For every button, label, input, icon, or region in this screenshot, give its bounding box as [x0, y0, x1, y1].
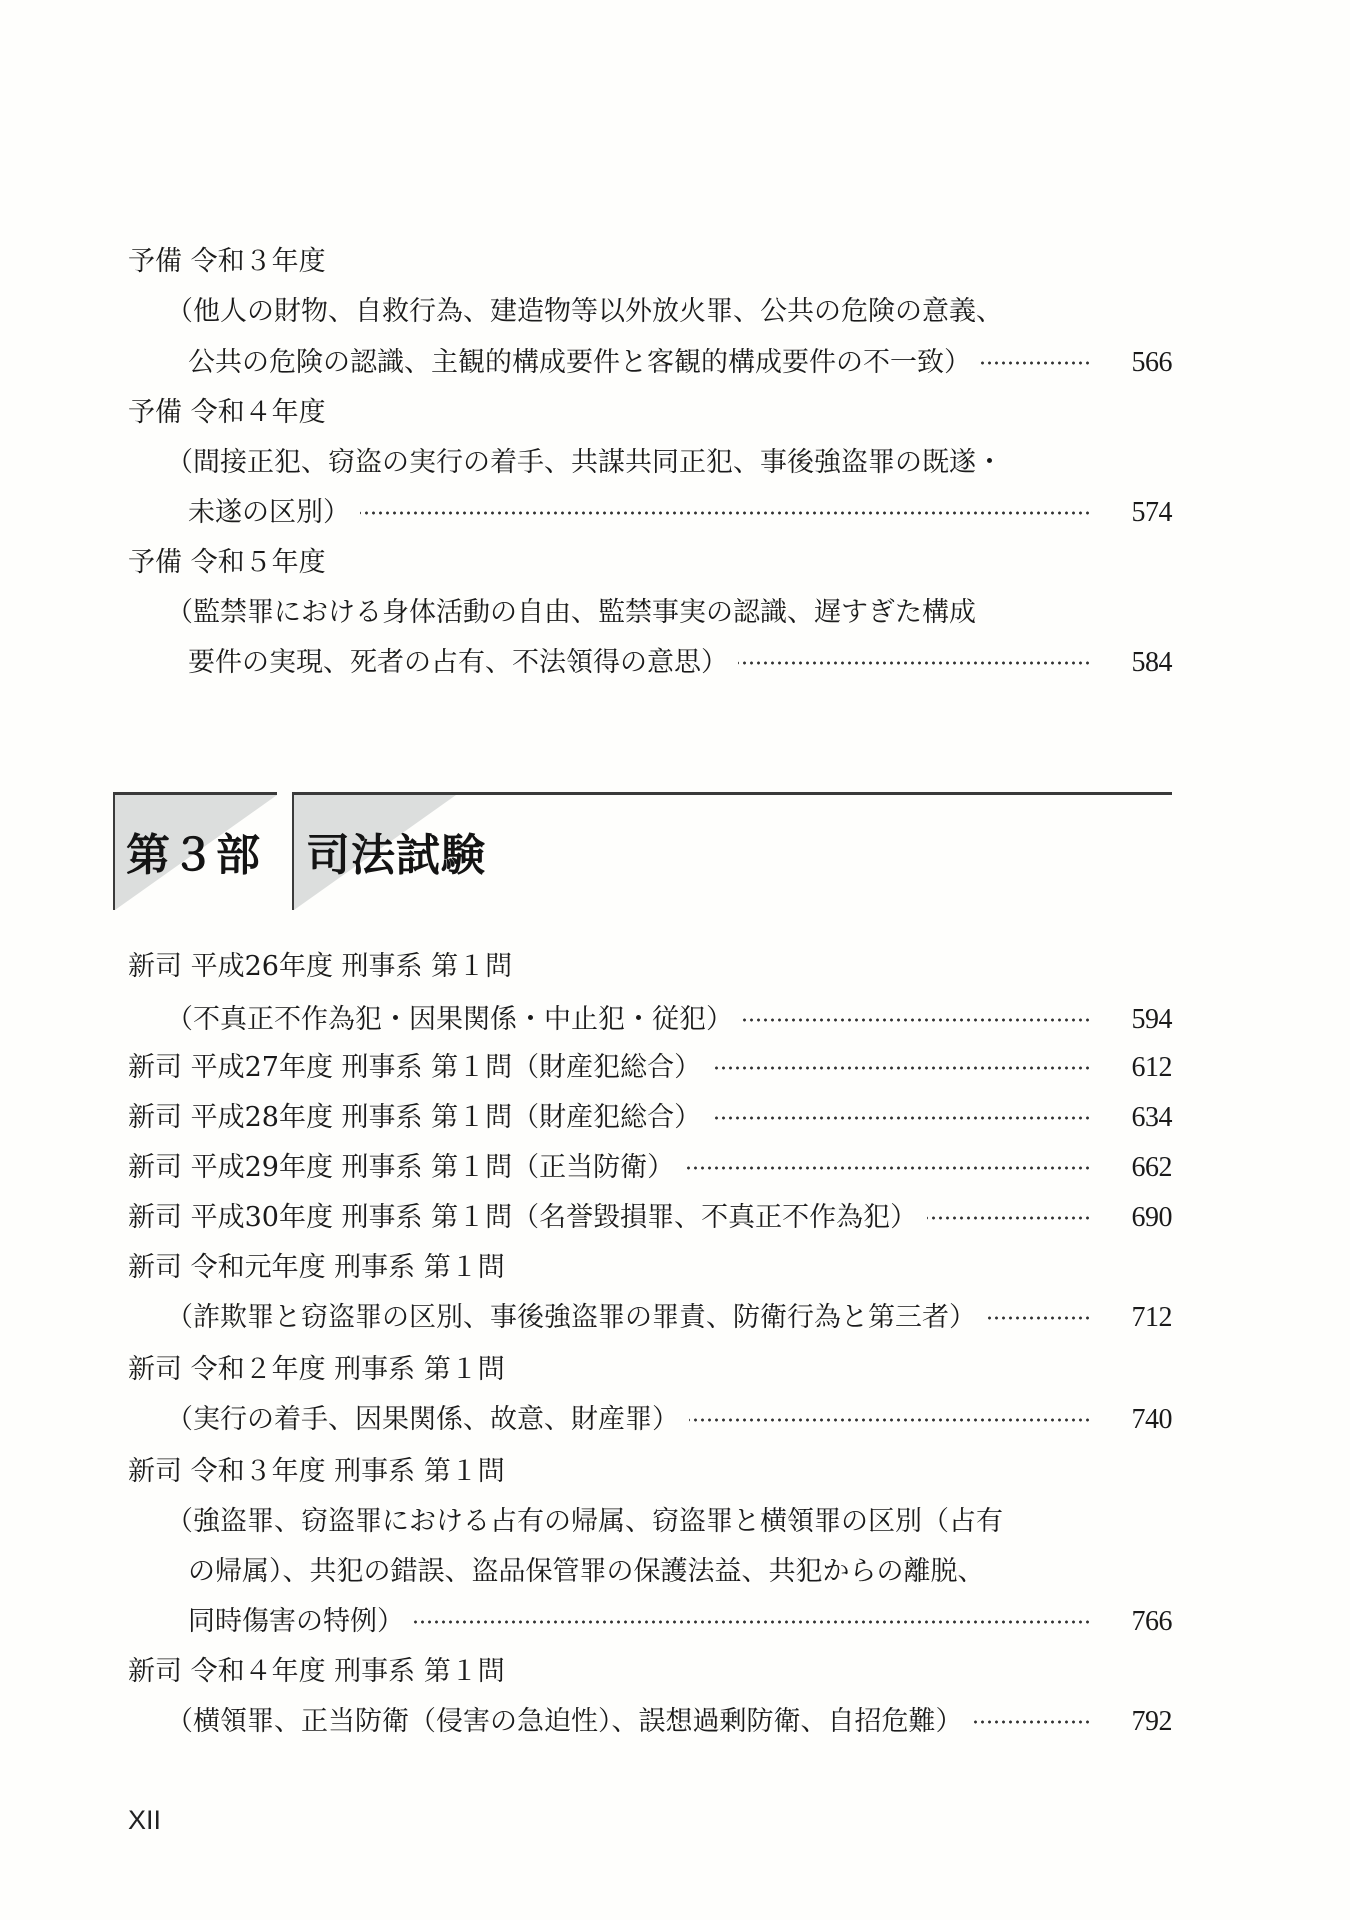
dot-leader [733, 1000, 1107, 1040]
entry-title: 新司 平成28年度 刑事系 第１問（財産犯総合） [128, 1098, 701, 1138]
toc-entry-single[interactable]: 新司 平成27年度 刑事系 第１問（財産犯総合） 612 [0, 1048, 1350, 1088]
entry-title: 新司 平成29年度 刑事系 第１問（正当防衛） [128, 1148, 674, 1188]
page-number[interactable]: 792 [1132, 1702, 1173, 1742]
entry-topics-line: （他人の財物、自救行為、建造物等以外放火罪、公共の危険の意義、 [166, 292, 1003, 332]
toc-entry-topics-last[interactable]: 同時傷害の特例） 766 [0, 1602, 1350, 1642]
toc-entry-topics-last[interactable]: （不真正不作為犯・因果関係・中止犯・従犯） 594 [0, 1000, 1350, 1040]
dot-leader [701, 1048, 1107, 1088]
toc-entry-title[interactable]: 新司 令和４年度 刑事系 第１問 [0, 1652, 1350, 1692]
entry-topics-line: 公共の危険の認識、主観的構成要件と客観的構成要件の不一致） [188, 343, 971, 383]
toc-entry-topics-last[interactable]: 公共の危険の認識、主観的構成要件と客観的構成要件の不一致） 566 [0, 343, 1350, 383]
toc-entry-title[interactable]: 新司 令和３年度 刑事系 第１問 [0, 1452, 1350, 1492]
entry-title: 新司 平成30年度 刑事系 第１問（名誉毀損罪、不真正不作為犯） [128, 1198, 917, 1238]
page-number[interactable]: 690 [1132, 1198, 1173, 1238]
toc-entry-title[interactable]: 新司 令和元年度 刑事系 第１問 [0, 1248, 1350, 1288]
toc-entry-topics: （強盗罪、窃盗罪における占有の帰属、窃盗罪と横領罪の区別（占有 [0, 1502, 1350, 1542]
entry-topics-line: （詐欺罪と窃盗罪の区別、事後強盗罪の罪責、防衛行為と第三者） [166, 1298, 976, 1338]
toc-entry-topics-last[interactable]: （実行の着手、因果関係、故意、財産罪） 740 [0, 1400, 1350, 1440]
toc-entry-title[interactable]: 予備 令和４年度 [0, 393, 1350, 433]
toc-entry-topics-last[interactable]: 要件の実現、死者の占有、不法領得の意思） 584 [0, 643, 1350, 683]
page-number[interactable]: 612 [1132, 1048, 1173, 1088]
entry-topics-line: （監禁罪における身体活動の自由、監禁事実の認識、遅すぎた構成 [166, 593, 976, 633]
entry-topics-line: の帰属）、共犯の錯誤、盗品保管罪の保護法益、共犯からの離脱、 [188, 1552, 985, 1592]
toc-entry-topics-last[interactable]: （詐欺罪と窃盗罪の区別、事後強盗罪の罪責、防衛行為と第三者） 712 [0, 1298, 1350, 1338]
entry-title: 新司 令和３年度 刑事系 第１問 [128, 1452, 505, 1492]
dot-leader [404, 1602, 1107, 1642]
page-folio: XII [128, 1803, 161, 1837]
part-number: 第３部 [126, 826, 261, 886]
dot-leader [963, 1702, 1107, 1742]
entry-title: 新司 令和２年度 刑事系 第１問 [128, 1350, 505, 1390]
dot-leader [679, 1400, 1107, 1440]
entry-title: 新司 令和元年度 刑事系 第１問 [128, 1248, 505, 1288]
entry-title: 新司 平成27年度 刑事系 第１問（財産犯総合） [128, 1048, 701, 1088]
toc-entry-topics: （他人の財物、自救行為、建造物等以外放火罪、公共の危険の意義、 [0, 292, 1350, 332]
page-number[interactable]: 740 [1132, 1400, 1173, 1440]
dot-leader [917, 1198, 1107, 1238]
toc-entry-topics: の帰属）、共犯の錯誤、盗品保管罪の保護法益、共犯からの離脱、 [0, 1552, 1350, 1592]
entry-topics-line: （強盗罪、窃盗罪における占有の帰属、窃盗罪と横領罪の区別（占有 [166, 1502, 1003, 1542]
page-number[interactable]: 662 [1132, 1148, 1173, 1188]
entry-title: 予備 令和３年度 [128, 242, 326, 282]
toc-entry-title[interactable]: 予備 令和５年度 [0, 543, 1350, 583]
entry-topics-line: 要件の実現、死者の占有、不法領得の意思） [188, 643, 728, 683]
toc-entry-single[interactable]: 新司 平成30年度 刑事系 第１問（名誉毀損罪、不真正不作為犯） 690 [0, 1198, 1350, 1238]
entry-topics-line: 同時傷害の特例） [188, 1602, 404, 1642]
toc-entry-topics: （間接正犯、窃盗の実行の着手、共謀共同正犯、事後強盗罪の既遂・ [0, 443, 1350, 483]
entry-title: 新司 平成26年度 刑事系 第１問 [128, 947, 512, 987]
entry-title: 予備 令和４年度 [128, 393, 326, 433]
entry-topics-line: （間接正犯、窃盗の実行の着手、共謀共同正犯、事後強盗罪の既遂・ [166, 443, 1003, 483]
page-number[interactable]: 712 [1132, 1298, 1173, 1338]
toc-entry-topics-last[interactable]: 未遂の区別） 574 [0, 493, 1350, 533]
dot-leader [728, 643, 1107, 683]
page-number[interactable]: 594 [1132, 1000, 1173, 1040]
page-number[interactable]: 566 [1132, 343, 1173, 383]
page-number[interactable]: 634 [1132, 1098, 1173, 1138]
part-title[interactable]: 司法試験 [306, 826, 486, 886]
toc-entry-single[interactable]: 新司 平成28年度 刑事系 第１問（財産犯総合） 634 [0, 1098, 1350, 1138]
toc-entry-title[interactable]: 新司 平成26年度 刑事系 第１問 [0, 947, 1350, 987]
entry-topics-line: 未遂の区別） [188, 493, 350, 533]
dot-leader [976, 1298, 1107, 1338]
dot-leader [674, 1148, 1107, 1188]
dot-leader [971, 343, 1107, 383]
page-number[interactable]: 574 [1132, 493, 1173, 533]
toc-entry-title[interactable]: 予備 令和３年度 [0, 242, 1350, 282]
entry-title: 予備 令和５年度 [128, 543, 326, 583]
entry-topics-line: （実行の着手、因果関係、故意、財産罪） [166, 1400, 679, 1440]
toc-entry-title[interactable]: 新司 令和２年度 刑事系 第１問 [0, 1350, 1350, 1390]
page-number[interactable]: 766 [1132, 1602, 1173, 1642]
entry-topics-line: （不真正不作為犯・因果関係・中止犯・従犯） [166, 1000, 733, 1040]
entry-title: 新司 令和４年度 刑事系 第１問 [128, 1652, 505, 1692]
toc-entry-single[interactable]: 新司 平成29年度 刑事系 第１問（正当防衛） 662 [0, 1148, 1350, 1188]
entry-topics-line: （横領罪、正当防衛（侵害の急迫性）、誤想過剰防衛、自招危難） [166, 1702, 963, 1742]
page-number[interactable]: 584 [1132, 643, 1173, 683]
dot-leader [701, 1098, 1107, 1138]
toc-entry-topics: （監禁罪における身体活動の自由、監禁事実の認識、遅すぎた構成 [0, 593, 1350, 633]
dot-leader [350, 493, 1107, 533]
toc-entry-topics-last[interactable]: （横領罪、正当防衛（侵害の急迫性）、誤想過剰防衛、自招危難） 792 [0, 1702, 1350, 1742]
